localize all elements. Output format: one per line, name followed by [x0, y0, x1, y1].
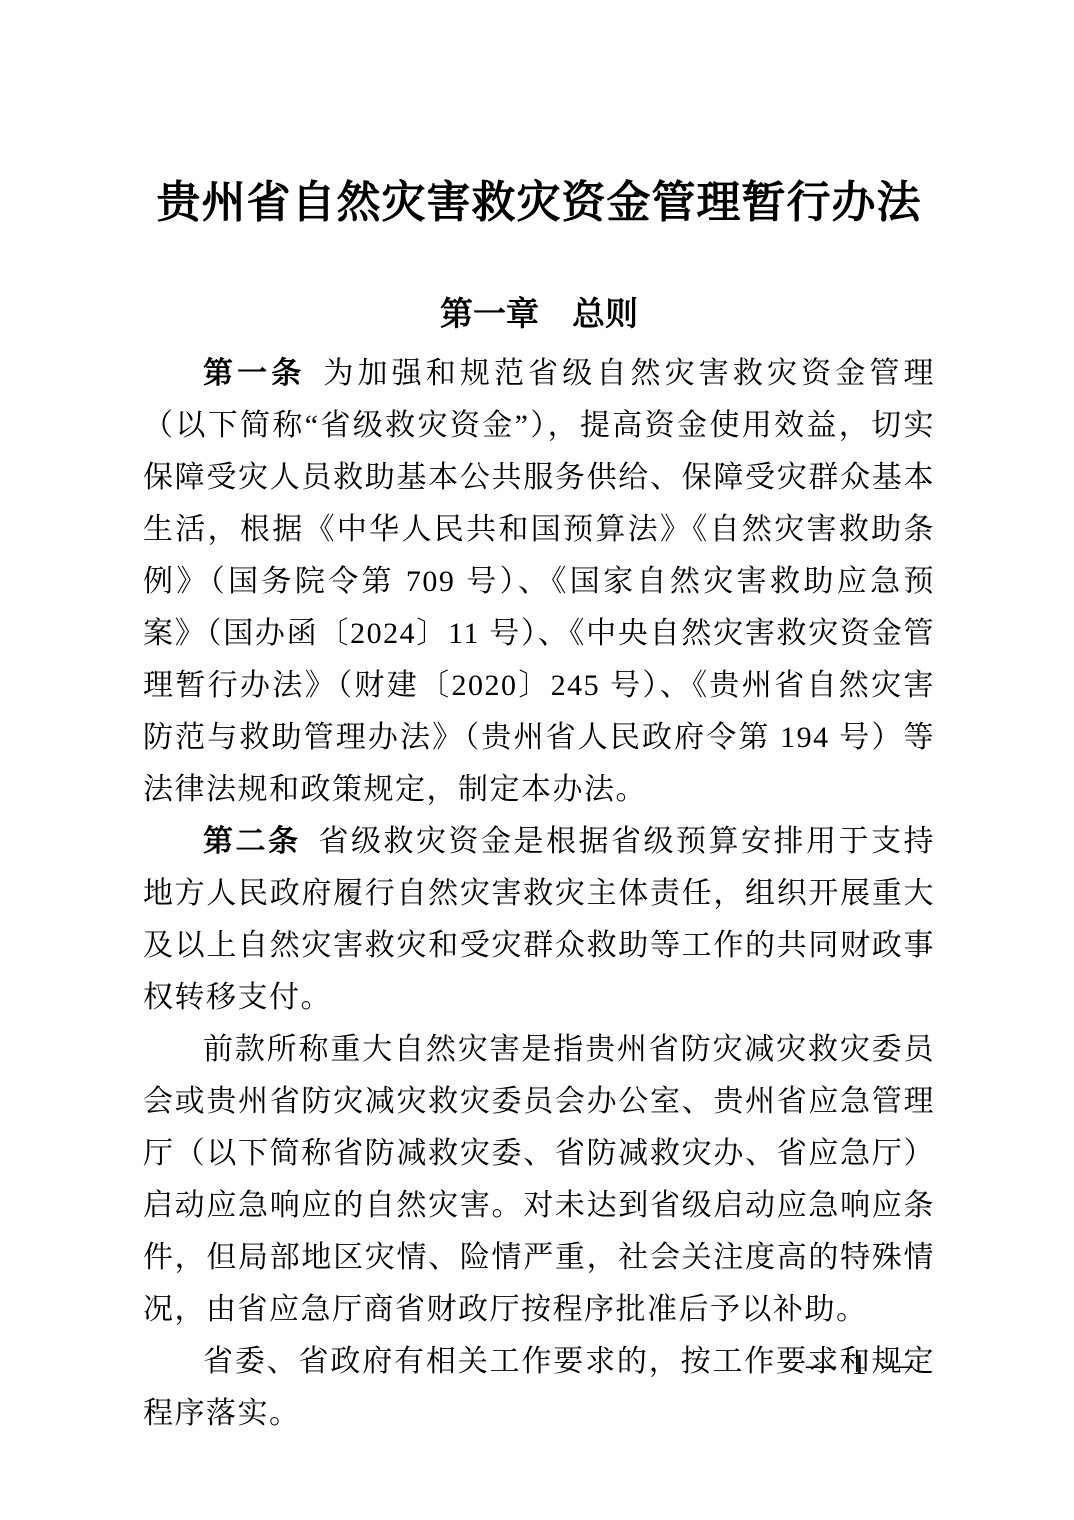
document-body: 第一条为加强和规范省级自然灾害救灾资金管理（以下简称“省级救灾资金”），提高资金…	[143, 348, 935, 1440]
paragraph-article-2: 第二条省级救灾资金是根据省级预算安排用于支持地方人民政府履行自然灾害救灾主体责任…	[143, 816, 935, 1024]
article-2-clause-2-text: 前款所称重大自然灾害是指贵州省防灾减灾救灾委员会或贵州省防灾减灾救灾委员会办公室…	[143, 1033, 935, 1326]
paragraph-article-1: 第一条为加强和规范省级自然灾害救灾资金管理（以下简称“省级救灾资金”），提高资金…	[143, 348, 935, 816]
chapter-number: 第一章	[440, 295, 539, 332]
paragraph-article-2-clause-2: 前款所称重大自然灾害是指贵州省防灾减灾救灾委员会或贵州省防灾减灾救灾委员会办公室…	[143, 1024, 935, 1336]
page-number: — 1 —	[806, 1348, 916, 1382]
chapter-name: 总则	[572, 295, 638, 332]
article-1-label: 第一条	[203, 357, 305, 390]
article-1-text: 为加强和规范省级自然灾害救灾资金管理（以下简称“省级救灾资金”），提高资金使用效…	[143, 357, 935, 806]
document-title: 贵州省自然灾害救灾资金管理暂行办法	[143, 178, 935, 228]
chapter-heading: 第一章总则	[143, 296, 935, 332]
document-page: 贵州省自然灾害救灾资金管理暂行办法 第一章总则 第一条为加强和规范省级自然灾害救…	[0, 0, 1074, 1520]
article-2-label: 第二条	[203, 825, 301, 858]
